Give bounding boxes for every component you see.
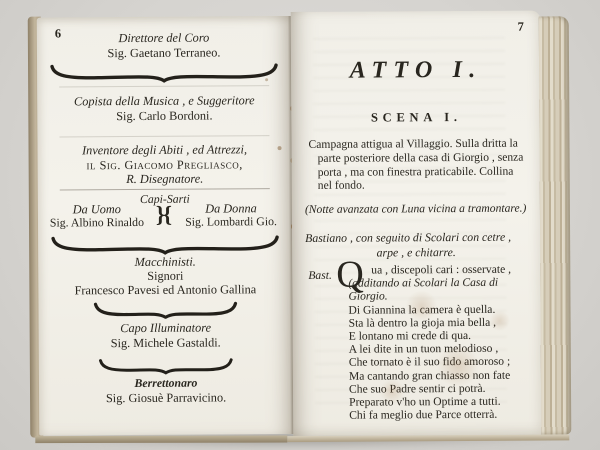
verse-line: (additando ai Scolari la Casa di Giorgio… [348, 276, 532, 304]
stage-direction: Campagna attigua al Villaggio. Sulla dri… [308, 137, 524, 194]
fore-edge-page-stack [539, 16, 572, 434]
brace-ornament [46, 62, 282, 83]
verse-line: ua , discepoli cari : osservate , [348, 263, 532, 277]
book-cover-bottom-edge [35, 436, 287, 444]
capi-sarti-donna: Da Donna Sig. Lombardi Gio. [176, 202, 286, 229]
brace-ornament [96, 356, 236, 375]
credit-name: Sig. Michele Gastaldi. [39, 335, 293, 352]
column-name: Sig. Albino Rinaldo [44, 216, 150, 230]
brace-ornament [90, 300, 240, 319]
brace-ornament [47, 234, 283, 255]
speaker-label: Bast. [308, 269, 332, 282]
verse-line: Preparato v'ho un Optime a tutti. [349, 395, 533, 409]
credit-illuminatore: Capo Illuminatore Sig. Michele Gastaldi. [39, 320, 293, 352]
credit-line: Signori [38, 268, 292, 284]
section-rule [59, 85, 269, 87]
verse-line: A lei dite in un tuon melodioso , [349, 342, 533, 356]
credit-copista: Copista della Musica , e Suggeritore Sig… [37, 93, 291, 125]
column-name: Sig. Lombardi Gio. [176, 215, 286, 229]
left-page: 6 Direttore del Coro Sig. Gaetano Terran… [37, 16, 294, 436]
credit-berrettonaro: Berrettonaro Sig. Giosuè Parravicino. [39, 375, 293, 407]
credit-title: Macchinisti. [38, 254, 292, 270]
verse-line: E lontano mi crede di qua. [349, 329, 533, 343]
credit-title: Inventore degli Abiti , ed Attrezzi, [38, 142, 292, 158]
credit-title: Berrettonaro [39, 375, 293, 392]
verse-block: Q ua , discepoli cari : osservate , (add… [348, 263, 533, 423]
credit-macchinisti: Macchinisti. Signori Francesco Pavesi ed… [38, 254, 292, 298]
credit-capi-sarti-columns: Da Uomo Sig. Albino Rinaldo }{ Da Donna … [38, 202, 292, 230]
stage-direction-line: nel fondo. [309, 178, 525, 193]
credit-direttore: Direttore del Coro Sig. Gaetano Terraneo… [37, 30, 291, 62]
drop-cap: Q [336, 258, 364, 292]
stage-direction-line: parte posteriore della casa di Giorgio ,… [309, 150, 525, 165]
right-page-number: 7 [518, 20, 524, 35]
credit-title: Capo Illuminatore [39, 320, 293, 337]
right-page: 7 ATTO I. SCENA I. Campagna attigua al V… [291, 11, 544, 437]
entrance-line: Bastiano , con seguito di Scolari con ce… [305, 230, 527, 246]
scene-title: SCENA I. [291, 110, 541, 127]
credit-name: il Sig. Giacomo Pregliasco, [38, 157, 292, 173]
verse-line: Di Giannina la camera è quella. [348, 302, 532, 316]
night-note: (Notte avanzata con Luna vicina a tramon… [305, 202, 529, 216]
act-title: ATTO I. [291, 57, 541, 86]
capi-sarti-uomo: Da Uomo Sig. Albino Rinaldo [44, 203, 150, 230]
credit-inventore: Inventore degli Abiti , ed Attrezzi, il … [38, 142, 292, 187]
verse-line: Chi fa meglio due Parce otterrà. [349, 408, 533, 422]
stage-direction-line: Campagna attigua al Villaggio. Sulla dri… [308, 137, 524, 152]
verse-line: Sta là dentro la gioja mia bella , [349, 315, 533, 329]
double-brace-glyph: }{ [150, 203, 176, 227]
verse-line: Che tornato è il suo fido amoroso ; [349, 355, 533, 369]
credit-name: Sig. Giosuè Parravicino. [39, 390, 293, 407]
verse-line: Che suo Padre sentir ci potrà. [349, 381, 533, 395]
stage-direction-line: porta , ma con finestra praticabile. Col… [309, 164, 525, 179]
section-rule [60, 188, 270, 190]
credit-name: Sig. Carlo Bordoni. [37, 108, 291, 125]
credit-title: Direttore del Coro [37, 30, 291, 47]
credit-name: Sig. Gaetano Terraneo. [37, 45, 291, 62]
credit-names: Francesco Pavesi ed Antonio Gallina [38, 282, 292, 298]
verse-line: Ma cantando gran chiasso non fate [349, 368, 533, 382]
credit-role: R. Disegnatore. [38, 171, 292, 187]
credit-title: Copista della Musica , e Suggeritore [37, 93, 291, 110]
open-book: 6 Direttore del Coro Sig. Gaetano Terran… [27, 4, 570, 441]
section-rule [59, 135, 269, 137]
